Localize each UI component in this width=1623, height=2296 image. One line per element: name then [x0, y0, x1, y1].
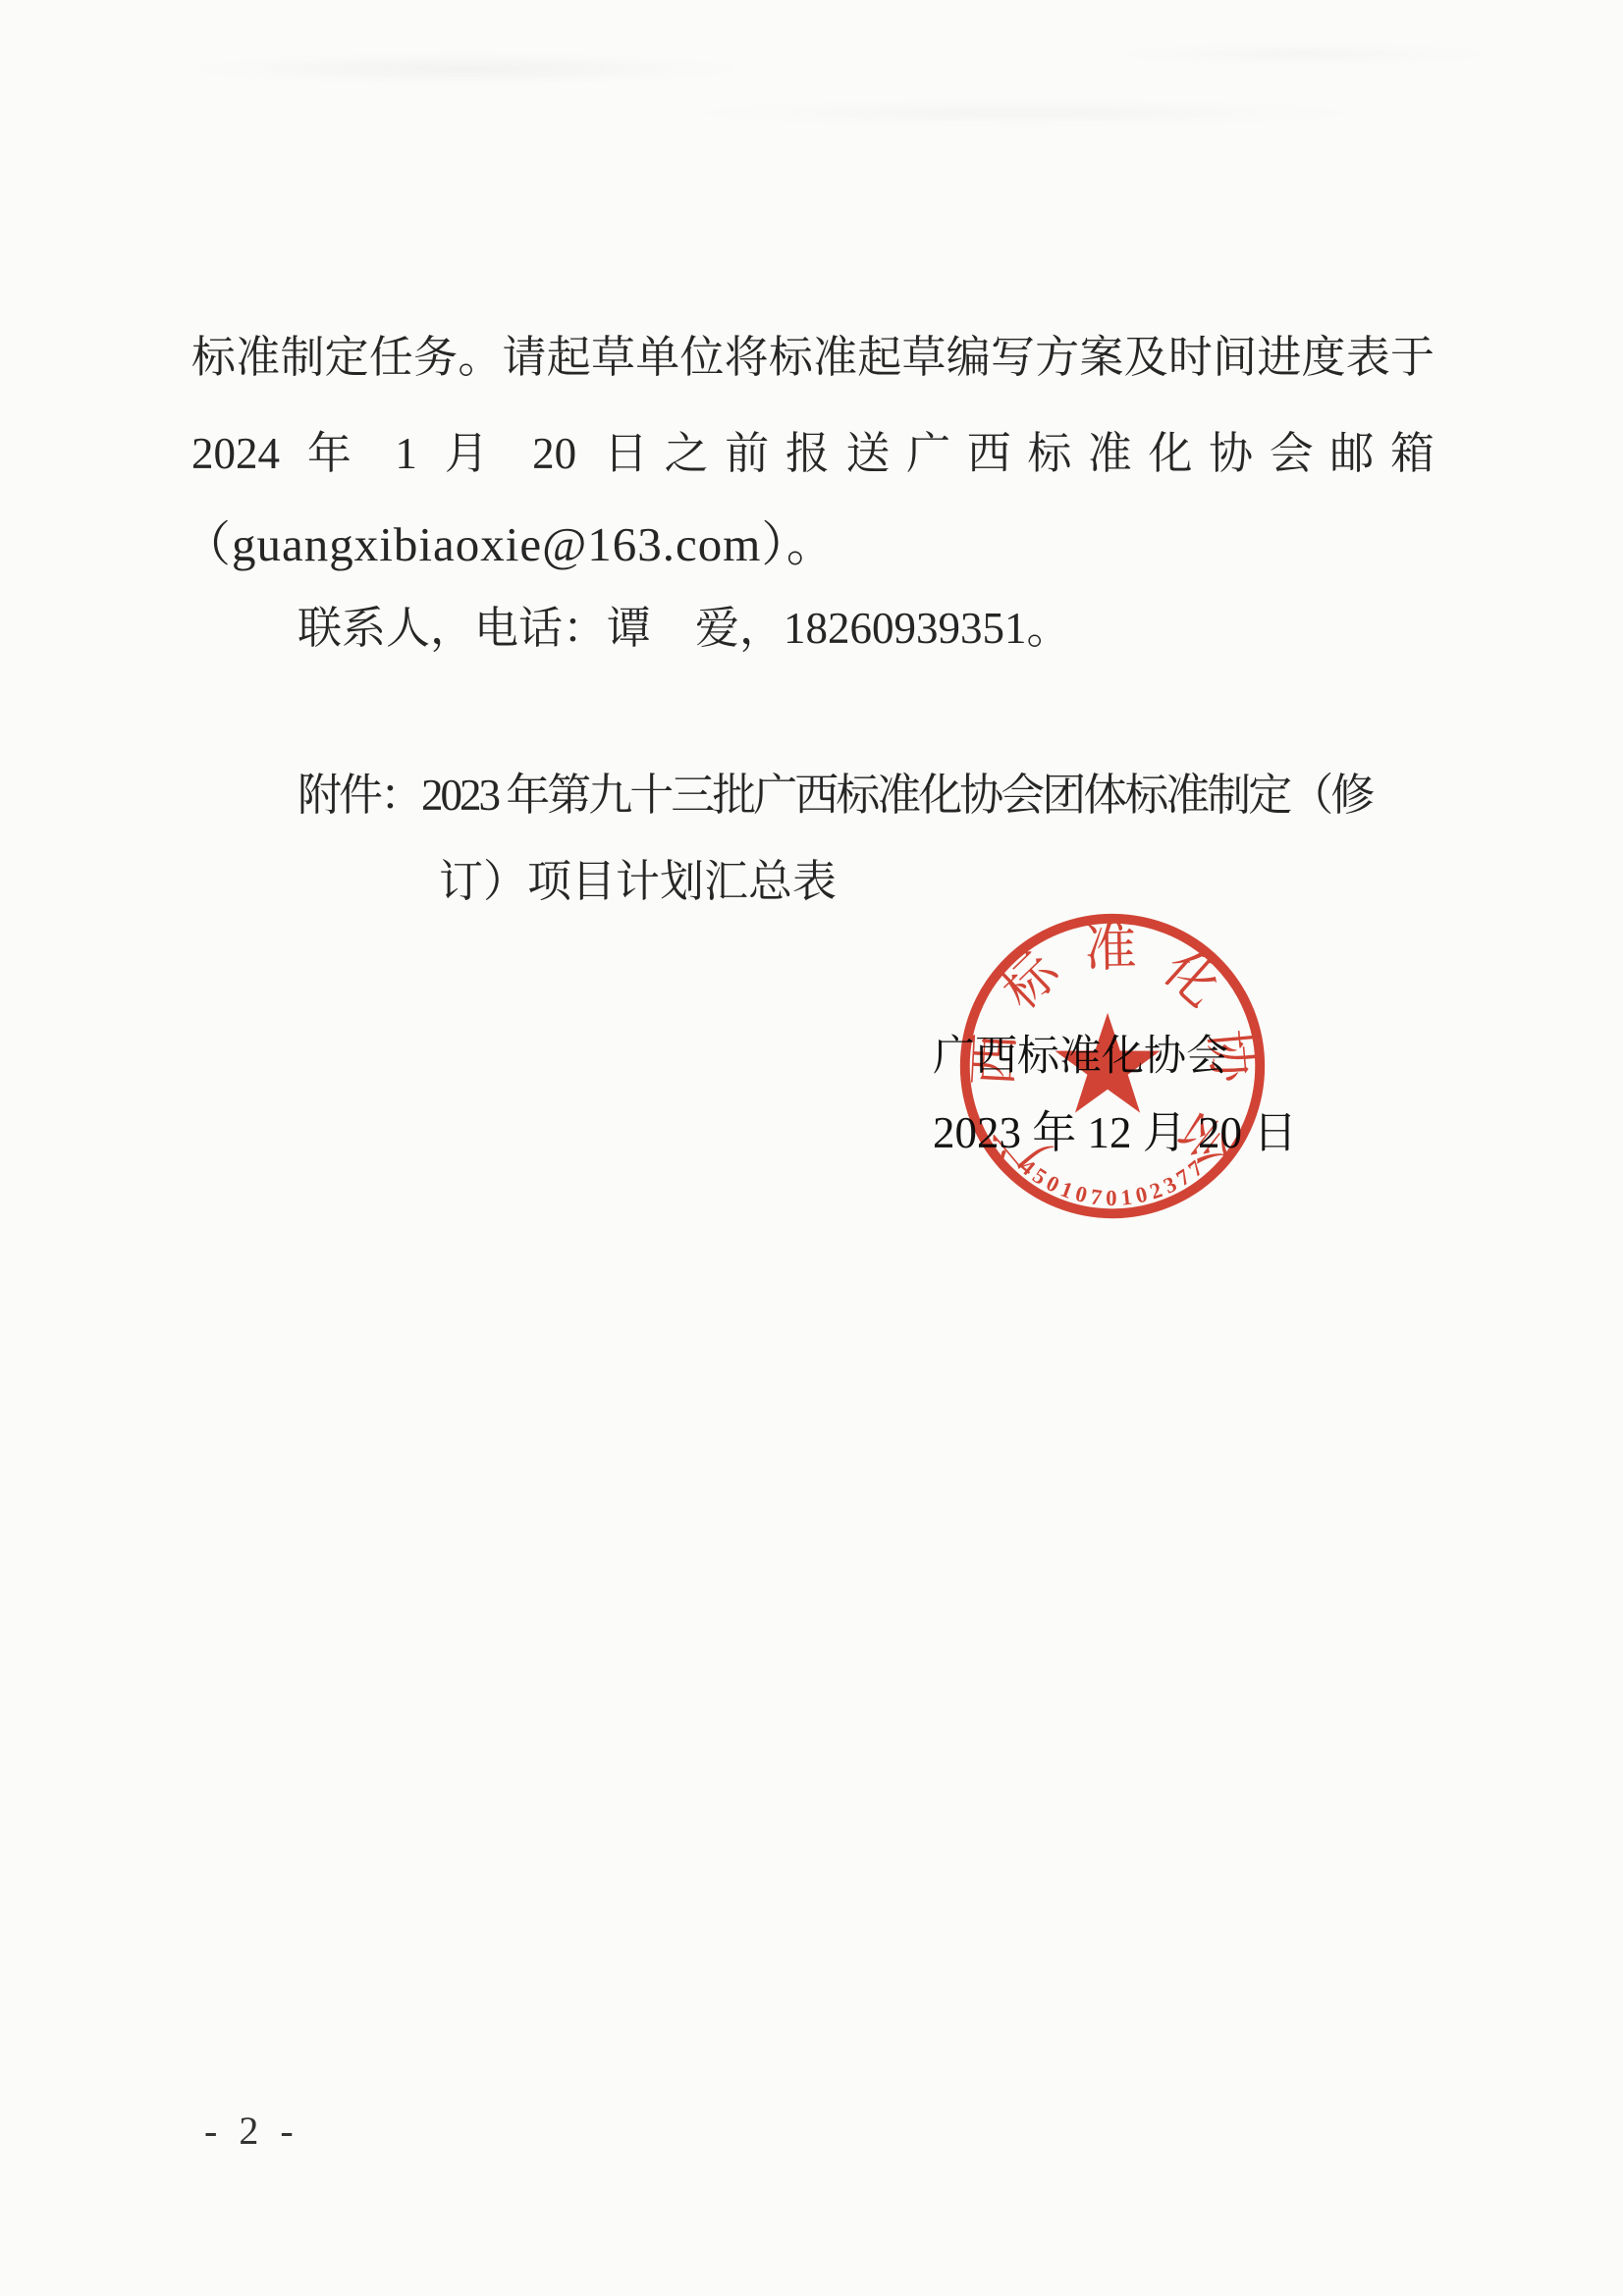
seal-serial-char: 5 — [1028, 1163, 1051, 1190]
seal-serial-char: 7 — [1089, 1184, 1103, 1209]
signature-org: 广西标准化协会 — [933, 1031, 1228, 1084]
seal-serial-char: 1 — [1057, 1176, 1076, 1202]
scan-noise-artifact — [118, 25, 1512, 172]
seal-serial-char: 0 — [1106, 1186, 1117, 1210]
seal-serial-char: 7 — [1172, 1164, 1195, 1191]
body-line: 标准制定任务。请起草单位将标准起草编写方案及时间进度表于 — [191, 330, 1434, 385]
body-line-contact: 联系人，电话：谭 爱，18260939351。 — [298, 601, 1071, 656]
seal-serial-char: 1 — [1119, 1185, 1133, 1210]
seal-ring-char: 标 — [991, 940, 1070, 1020]
signature-date: 2023 年 12 月 20 日 — [933, 1105, 1297, 1160]
attachment-line: 附件：2023 年第九十三批广西标准化协会团体标准制定（修 — [298, 768, 1372, 823]
seal-ring-char: 化 — [1153, 938, 1231, 1017]
seal-serial-char: 0 — [1073, 1181, 1090, 1207]
attachment-line: 订）项目计划汇总表 — [439, 854, 837, 909]
seal-serial-char: 3 — [1160, 1171, 1180, 1198]
body-line-email: （guangxibiaoxie@163.com）。 — [183, 514, 836, 574]
body-line: 2024 年 1 月 20 日之前报送广西标准化协会邮箱 — [191, 426, 1434, 481]
seal-ring-char: 准 — [1084, 918, 1137, 978]
document-page: 标准制定任务。请起草单位将标准起草编写方案及时间进度表于 2024 年 1 月 … — [0, 0, 1623, 2296]
seal-serial-char: 2 — [1147, 1177, 1165, 1203]
seal-serial-char: 0 — [1133, 1182, 1150, 1208]
page-number: - 2 - — [204, 2107, 299, 2156]
seal-serial-char: 0 — [1043, 1170, 1063, 1197]
